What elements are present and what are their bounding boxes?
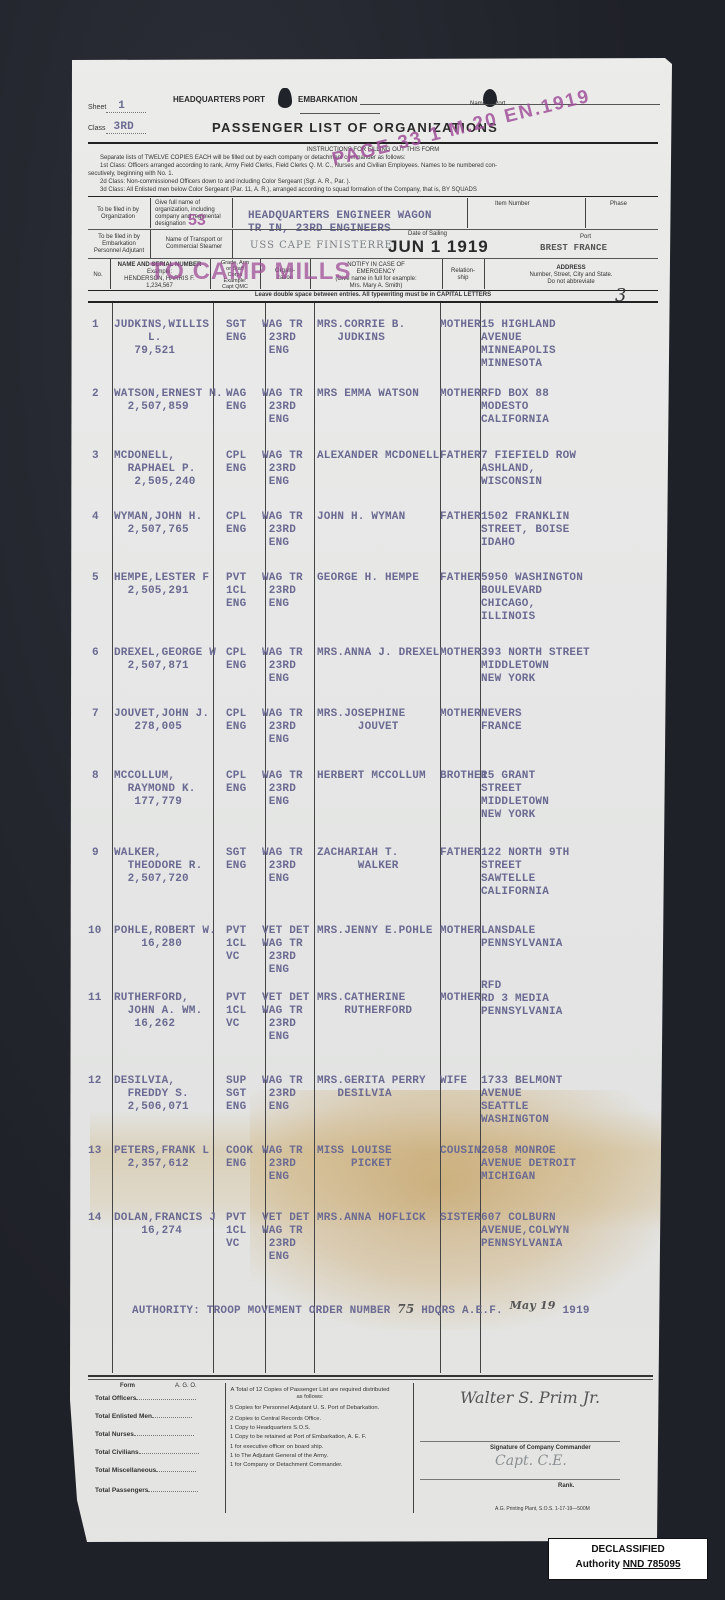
total-enlisted-men: Total Enlisted Men <box>95 1413 235 1431</box>
embarkation-label: EMBARKATION <box>298 95 357 104</box>
totals-block: Total Officers Total Enlisted Men Total … <box>95 1395 235 1505</box>
organization-value: HEADQUARTERS ENGINEER WAGON TR IN, 23RD … <box>248 210 432 236</box>
water-stain <box>250 1090 670 1330</box>
commander-rank: Capt. C.E. <box>495 1453 567 1469</box>
unit-stamp: 53 <box>188 212 206 230</box>
total-civilians: Total Civilians <box>95 1449 235 1467</box>
hq-port-label: HEADQUARTERS PORT <box>173 95 265 104</box>
copies-distribution: A Total of 12 Copies of Passenger List a… <box>230 1387 390 1469</box>
total-miscellaneous: Total Miscellaneous <box>95 1467 235 1487</box>
authority-line: AUTHORITY: TROOP MOVEMENT ORDER NUMBER 7… <box>132 1303 590 1318</box>
sheet-field: Sheet 1 <box>88 104 146 113</box>
address-column-header: ADDRESSNumber, Street, City and State.Do… <box>486 265 656 286</box>
total-passengers: Total Passengers <box>95 1487 235 1505</box>
printer-imprint: A.G. Printing Plant, S.O.S. 1-17-19—500M <box>495 1505 590 1513</box>
class-value: 3RD <box>114 121 134 134</box>
sheet-value: 1 <box>118 100 125 113</box>
total-officers: Total Officers <box>95 1395 235 1413</box>
declassified-label: DECLASSIFIED Authority NND 785095 <box>548 1538 708 1580</box>
passenger-list-document: Sheet 1 Class 3RD HEADQUARTERS PORT EMBA… <box>0 0 725 1600</box>
punch-hole-icon <box>278 88 292 108</box>
commander-signature: Walter S. Prim Jr. <box>460 1388 600 1407</box>
relationship-column-header: Relation-ship <box>443 268 483 282</box>
class-field: Class 3RD <box>88 125 146 134</box>
date-of-sailing-value: JUN 1 1919 <box>388 237 489 257</box>
name-of-port-label: Name of Port <box>470 101 505 107</box>
transport-value: USS CAPE FINISTERRE <box>250 240 393 251</box>
camp-mills-stamp: TO CAMP MILLS <box>150 258 351 286</box>
total-nurses: Total Nurses <box>95 1431 235 1449</box>
nnd-number: NND 785095 <box>623 1559 681 1570</box>
port-value: BREST FRANCE <box>540 242 607 255</box>
